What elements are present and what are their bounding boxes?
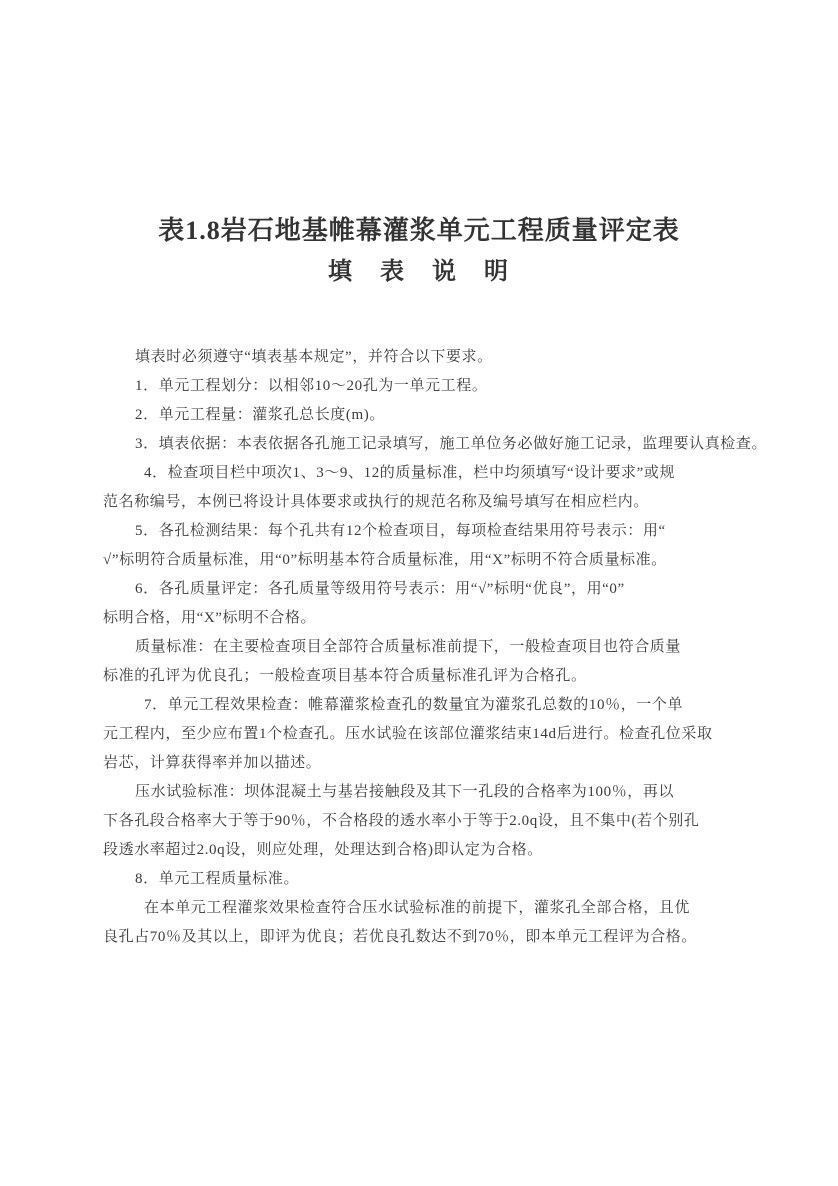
text-line: 标明合格，用“X”标明不合格。 xyxy=(103,604,788,633)
page-subtitle: 填 表 说 明 xyxy=(0,256,838,288)
text-line: 6．各孔质量评定：各孔质量等级用符号表示：用“√”标明“优良”，用“0” xyxy=(103,575,788,604)
text-line: 2．单元工程量：灌浆孔总长度(m)。 xyxy=(103,401,788,430)
text-line: 下各孔段合格率大于等于90％，不合格段的透水率小于等于2.0q设，且不集中(若个… xyxy=(103,807,788,836)
text-line: 8．单元工程质量标准。 xyxy=(103,865,788,894)
text-line: 4．检查项目栏中项次1、3～9、12的质量标准，栏中均须填写“设计要求”或规 xyxy=(103,459,788,488)
text-line: √”标明符合质量标准，用“0”标明基本符合质量标准，用“X”标明不符合质量标准。 xyxy=(103,546,788,575)
document-body: 填表时必须遵守“填表基本规定”，并符合以下要求。 1．单元工程划分：以相邻10～… xyxy=(103,343,788,952)
text-line: 在本单元工程灌浆效果检查符合压水试验标准的前提下，灌浆孔全部合格，且优 xyxy=(103,894,788,923)
text-line: 质量标准：在主要检查项目全部符合质量标准前提下，一般检查项目也符合质量 xyxy=(103,633,788,662)
text-line: 压水试验标准：坝体混凝土与基岩接触段及其下一孔段的合格率为100％，再以 xyxy=(103,778,788,807)
text-line: 范名称编号，本例已将设计具体要求或执行的规范名称及编号填写在相应栏内。 xyxy=(103,488,788,517)
text-line: 元工程内，至少应布置1个检查孔。压水试验在该部位灌浆结束14d后进行。检查孔位采… xyxy=(103,720,788,749)
text-line: 标准的孔评为优良孔；一般检查项目基本符合质量标准孔评为合格孔。 xyxy=(103,662,788,691)
text-line: 填表时必须遵守“填表基本规定”，并符合以下要求。 xyxy=(103,343,788,372)
text-line: 5．各孔检测结果：每个孔共有12个检查项目，每项检查结果用符号表示：用“ xyxy=(103,517,788,546)
text-line: 1．单元工程划分：以相邻10～20孔为一单元工程。 xyxy=(103,372,788,401)
text-line: 岩芯，计算获得率并加以描述。 xyxy=(103,749,788,778)
page-title: 表1.8岩石地基帷幕灌浆单元工程质量评定表 xyxy=(0,0,838,248)
text-line: 段透水率超过2.0q设，则应处理，处理达到合格)即认定为合格。 xyxy=(103,836,788,865)
text-line: 3．填表依据：本表依据各孔施工记录填写，施工单位务必做好施工记录，监理要认真检查… xyxy=(103,430,788,459)
text-line: 7．单元工程效果检查：帷幕灌浆检查孔的数量宜为灌浆孔总数的10％，一个单 xyxy=(103,691,788,720)
text-line: 良孔占70％及其以上，即评为优良；若优良孔数达不到70％，即本单元工程评为合格。 xyxy=(103,923,788,952)
document-page: 表1.8岩石地基帷幕灌浆单元工程质量评定表 填 表 说 明 填表时必须遵守“填表… xyxy=(0,0,838,1186)
